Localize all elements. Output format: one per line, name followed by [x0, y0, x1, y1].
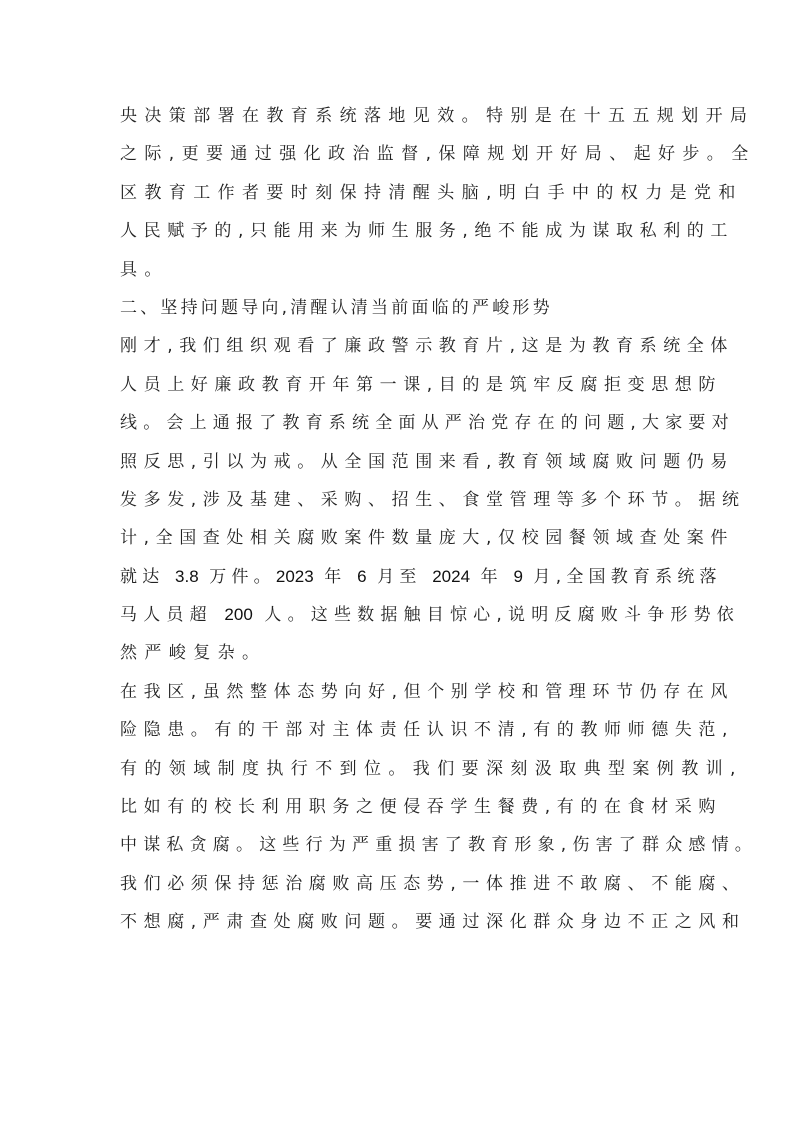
text-line: 之际,更要通过强化政治监督,保障规划开好局、起好步。全: [120, 135, 680, 173]
text-line: 人民赋予的,只能用来为师生服务,绝不能成为谋取私利的工: [120, 212, 680, 250]
text-line: 比如有的校长利用职务之便侵吞学生餐费,有的在食材采购: [120, 788, 680, 826]
people-count: 200: [224, 605, 252, 624]
text-line: 发多发,涉及基建、采购、招生、食堂管理等多个环节。据统: [120, 481, 680, 519]
text-line: 我们必须保持惩治腐败高压态势,一体推进不敢腐、不能腐、: [120, 865, 680, 903]
text-segment: 月至: [367, 567, 433, 587]
text-segment: 月,全国教育系统落: [523, 567, 722, 587]
section-heading: 二、坚持问题导向,清醒认清当前面临的严峻形势: [120, 289, 680, 327]
text-segment: 就达: [120, 567, 175, 587]
text-segment: 马人员超: [120, 605, 224, 625]
text-segment: 年: [470, 567, 513, 587]
paragraph-3: 在我区,虽然整体态势向好,但个别学校和管理环节仍存在风 险隐患。有的干部对主体责…: [120, 673, 680, 942]
document-body: 央决策部署在教育系统落地见效。特别是在十五五规划开局 之际,更要通过强化政治监督…: [120, 97, 680, 942]
text-line: 计,全国查处相关腐败案件数量庞大,仅校园餐领域查处案件: [120, 519, 680, 557]
text-line: 然严峻复杂。: [120, 634, 680, 672]
section-heading-text: 二、坚持问题导向,清醒认清当前面临的严峻形势: [120, 289, 680, 327]
text-line: 人员上好廉政教育开年第一课,目的是筑牢反腐拒变思想防: [120, 366, 680, 404]
cases-count: 3.8: [175, 567, 199, 586]
text-line: 央决策部署在教育系统落地见效。特别是在十五五规划开局: [120, 97, 680, 135]
text-line: 线。会上通报了教育系统全面从严治党存在的问题,大家要对: [120, 404, 680, 442]
text-segment: 年: [314, 567, 357, 587]
document-page: 央决策部署在教育系统落地见效。特别是在十五五规划开局 之际,更要通过强化政治监督…: [0, 0, 793, 1122]
text-line: 照反思,引以为戒。从全国范围来看,教育领域腐败问题仍易: [120, 443, 680, 481]
paragraph-2: 刚才,我们组织观看了廉政警示教育片,这是为教育系统全体 人员上好廉政教育开年第一…: [120, 327, 680, 673]
text-line: 有的领域制度执行不到位。我们要深刻汲取典型案例教训,: [120, 750, 680, 788]
end-month: 9: [513, 567, 522, 586]
text-line: 在我区,虽然整体态势向好,但个别学校和管理环节仍存在风: [120, 673, 680, 711]
start-month: 6: [357, 567, 366, 586]
end-year: 2024: [432, 567, 470, 586]
people-count-line: 马人员超 200 人。这些数据触目惊心,说明反腐败斗争形势依: [120, 596, 680, 634]
start-year: 2023: [276, 567, 314, 586]
text-line: 中谋私贪腐。这些行为严重损害了教育形象,伤害了群众感情。: [120, 826, 680, 864]
text-segment: 人。这些数据触目惊心,说明反腐败斗争形势依: [253, 605, 740, 625]
statistics-line: 就达 3.8 万件。2023 年 6 月至 2024 年 9 月,全国教育系统落: [120, 558, 680, 596]
text-line: 刚才,我们组织观看了廉政警示教育片,这是为教育系统全体: [120, 327, 680, 365]
text-line: 不想腐,严肃查处腐败问题。要通过深化群众身边不正之风和: [120, 903, 680, 941]
text-segment: 万件。: [199, 567, 276, 587]
text-line: 险隐患。有的干部对主体责任认识不清,有的教师师德失范,: [120, 711, 680, 749]
text-line: 区教育工作者要时刻保持清醒头脑,明白手中的权力是党和: [120, 174, 680, 212]
paragraph-1: 央决策部署在教育系统落地见效。特别是在十五五规划开局 之际,更要通过强化政治监督…: [120, 97, 680, 289]
text-line: 具。: [120, 251, 680, 289]
